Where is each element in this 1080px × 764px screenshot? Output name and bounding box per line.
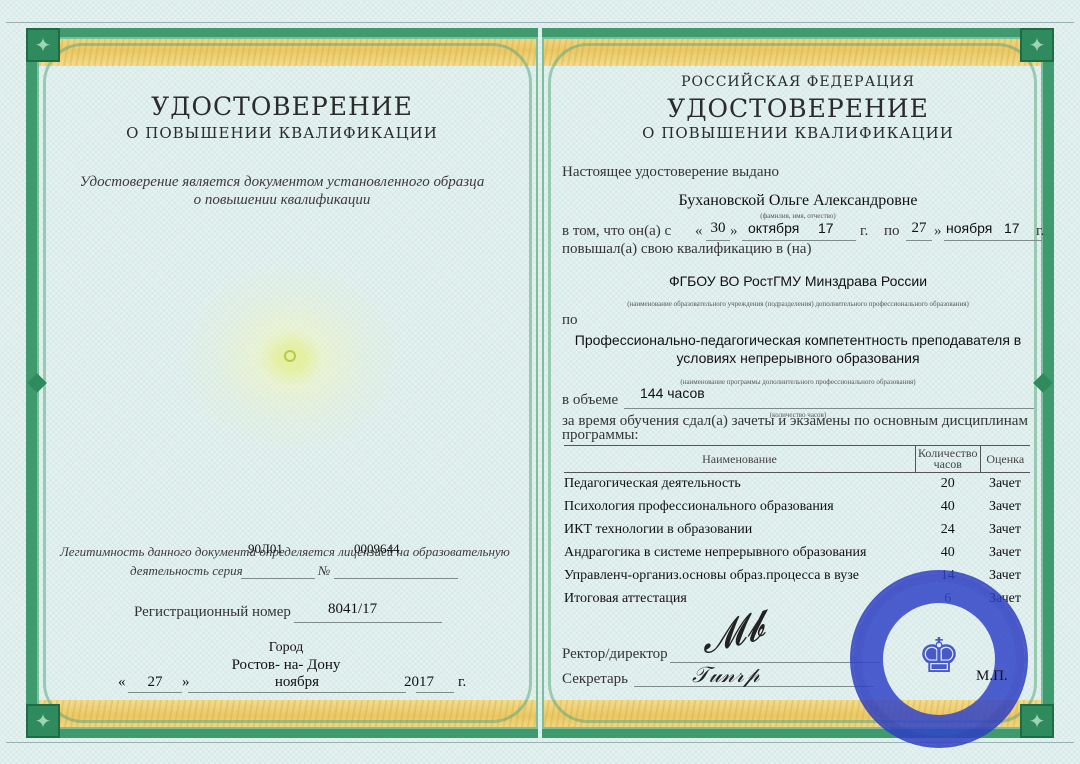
holder-name: Бухановской Ольге Александровне: [542, 192, 1054, 210]
period-to-label: по: [884, 223, 900, 240]
discipline-name: Управленч-организ.основы образ.процесса …: [564, 565, 916, 588]
discipline-hours: 24: [916, 519, 980, 542]
country-name: РОССИЙСКАЯ ФЕДЕРАЦИЯ: [542, 74, 1054, 90]
discipline-grade: Зачет: [980, 496, 1030, 519]
to-year: 17: [1004, 220, 1020, 236]
official-seal-icon: [850, 570, 1028, 748]
program-caption: (наименование программы дополнительного …: [542, 378, 1054, 386]
notice-line-2: о повышении квалификации: [26, 192, 538, 209]
grades-header-row: Наименование Количество часов Оценка: [564, 446, 1030, 473]
to-month: ноября: [946, 220, 992, 236]
discipline-hours: 40: [916, 496, 980, 519]
guilloche-rosette-watermark: [176, 258, 406, 458]
certificate-spread: УДОСТОВЕРЕНИЕ О ПОВЫШЕНИИ КВАЛИФИКАЦИИ У…: [0, 0, 1080, 764]
institution-name: ФГБОУ ВО РостГМУ Минздрава России: [542, 273, 1054, 289]
qualified-at-label: повышал(а) свою квалификацию в (на): [562, 241, 811, 258]
date-year-line: [416, 692, 454, 693]
license-text-line-2: деятельность серия: [130, 563, 243, 579]
license-number: 0009644: [354, 541, 400, 557]
table-row: Андрагогика в системе непрерывного образ…: [564, 542, 1030, 565]
issued-to-label: Настоящее удостоверение выдано: [562, 164, 779, 181]
notice-line-1: Удостоверение является документом устано…: [26, 174, 538, 191]
to-year-suffix: г.: [1036, 223, 1044, 240]
from-month: октября: [748, 220, 799, 236]
corner-ornament-icon: [26, 704, 60, 738]
period-prefix: в том, что он(а) с: [562, 223, 671, 240]
discipline-name: ИКТ технологии в образовании: [564, 519, 916, 542]
table-row: Психология профессионального образования…: [564, 496, 1030, 519]
reg-number-label: Регистрационный номер: [134, 604, 291, 621]
discipline-name: Педагогическая деятельность: [564, 473, 916, 496]
to-month-line: [944, 240, 1042, 241]
discipline-hours: 40: [916, 542, 980, 565]
license-series: 90Л01: [248, 541, 283, 557]
exams-text-line-2: программы:: [562, 427, 639, 444]
period-close-quote-2: »: [934, 223, 942, 240]
volume-value: 144 часов: [640, 385, 705, 401]
volume-label: в объеме: [562, 392, 618, 409]
license-text-line-1: Легитимность данного документа определяе…: [60, 544, 510, 560]
header-hours: Количество часов: [916, 446, 980, 473]
period-close-quote: »: [730, 223, 738, 240]
license-series-line: [241, 578, 315, 579]
institution-caption: (наименование образовательного учреждени…: [542, 300, 1054, 308]
right-title: УДОСТОВЕРЕНИЕ: [542, 94, 1054, 123]
right-subtitle: О ПОВЫШЕНИИ КВАЛИФИКАЦИИ: [542, 124, 1054, 142]
outer-rule-top: [6, 22, 1074, 23]
corner-ornament-icon: [1020, 704, 1054, 738]
left-title: УДОСТОВЕРЕНИЕ: [26, 92, 538, 121]
to-day-line: [906, 240, 932, 241]
volume-line: [624, 408, 1034, 409]
reg-number-line: [294, 622, 442, 623]
header-grade: Оценка: [980, 446, 1030, 473]
city-label: Город: [206, 640, 366, 656]
left-subtitle: О ПОВЫШЕНИИ КВАЛИФИКАЦИИ: [26, 124, 538, 142]
table-row: Педагогическая деятельность 20 Зачет: [564, 473, 1030, 496]
program-line-1: Профессионально-педагогическая компетент…: [542, 332, 1054, 348]
date-open-quote: «: [118, 674, 126, 691]
right-page: РОССИЙСКАЯ ФЕДЕРАЦИЯ УДОСТОВЕРЕНИЕ О ПОВ…: [542, 28, 1054, 738]
period-open-quote: «: [695, 223, 703, 240]
corner-ornament-icon: [1020, 28, 1054, 62]
discipline-name: Психология профессионального образования: [564, 496, 916, 519]
secretary-label: Секретарь: [562, 671, 628, 688]
reg-number: 8041/17: [328, 601, 377, 618]
discipline-hours: 20: [916, 473, 980, 496]
city-value: Ростов- на- Дону: [186, 657, 386, 674]
table-row: ИКТ технологии в образовании 24 Зачет: [564, 519, 1030, 542]
date-month-line: [188, 692, 406, 693]
from-day: 30: [706, 220, 730, 237]
date-day: 27: [128, 674, 182, 691]
secretary-signature: 𝒯𝓊𝓃𝓇𝓅: [692, 663, 760, 688]
holder-caption: (фамилия, имя, отчество): [542, 212, 1054, 220]
from-year: 17: [818, 220, 834, 236]
date-year-suffix: г.: [458, 674, 466, 691]
program-line-2: условиях непрерывного образования: [542, 350, 1054, 366]
rector-label: Ректор/директор: [562, 646, 668, 663]
discipline-grade: Зачет: [980, 473, 1030, 496]
date-year: 2017: [404, 674, 434, 691]
date-month: ноября: [188, 674, 406, 691]
license-number-line: [334, 578, 458, 579]
discipline-name: Андрагогика в системе непрерывного образ…: [564, 542, 916, 565]
from-year-suffix: г.: [860, 223, 868, 240]
stamp-place-label: М.П.: [976, 668, 1008, 685]
corner-ornament-icon: [26, 28, 60, 62]
date-day-line: [128, 692, 182, 693]
header-name: Наименование: [564, 446, 916, 473]
license-number-label: №: [318, 563, 330, 579]
discipline-grade: Зачет: [980, 542, 1030, 565]
program-label: по: [562, 312, 578, 329]
discipline-grade: Зачет: [980, 519, 1030, 542]
left-page: УДОСТОВЕРЕНИЕ О ПОВЫШЕНИИ КВАЛИФИКАЦИИ У…: [26, 28, 538, 738]
to-day: 27: [906, 220, 932, 237]
